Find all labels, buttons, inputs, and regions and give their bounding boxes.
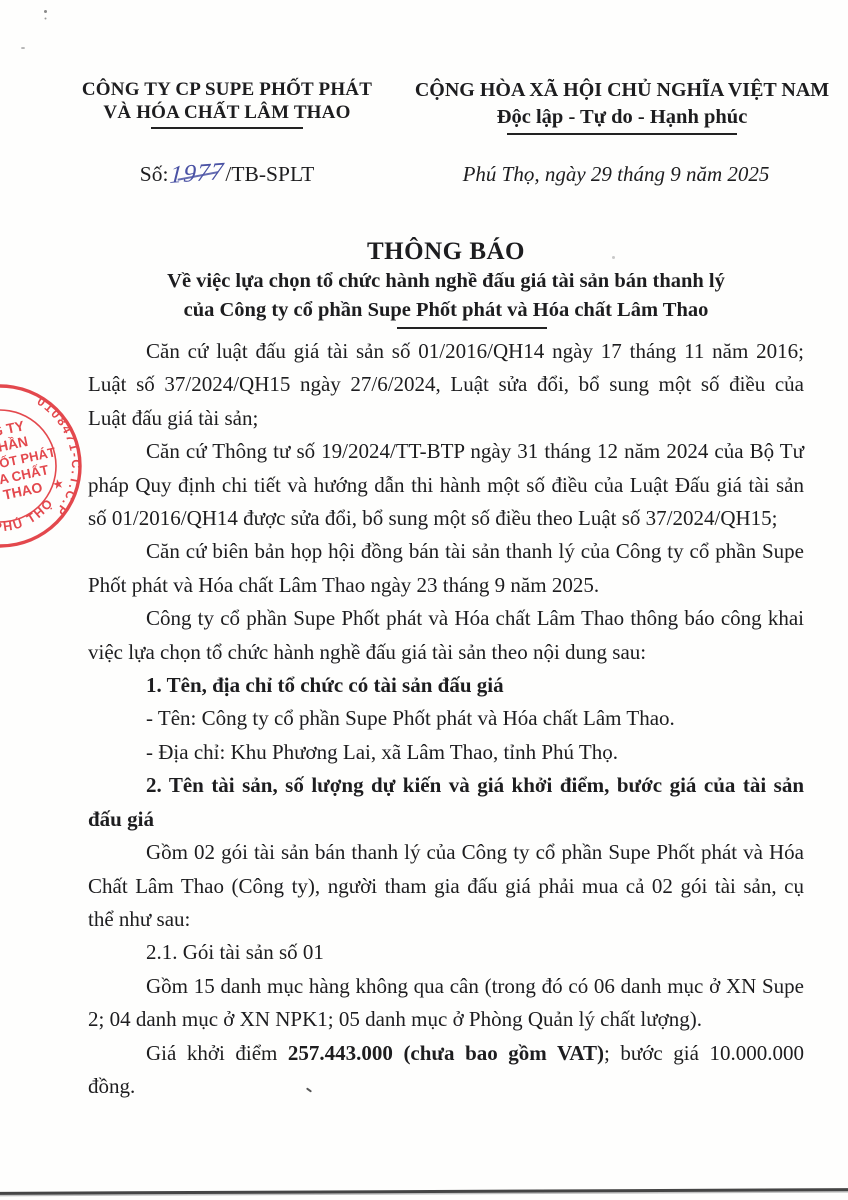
stamp-star-icon: ★	[51, 475, 66, 492]
body-line: Căn cứ Thông tư số 19/2024/TT-BTP ngày 3…	[88, 435, 804, 468]
body-line: việc lựa chọn tổ chức hành nghề đấu giá …	[88, 636, 804, 669]
doc-number: Số:1977/TB-SPLT	[62, 162, 392, 187]
doc-number-prefix: Số:	[140, 162, 169, 186]
body-line: đồng.	[88, 1070, 804, 1103]
org-block: CÔNG TY CP SUPE PHỐT PHÁT VÀ HÓA CHẤT LÂ…	[62, 78, 392, 135]
body-line: 2.1. Gói tài sản số 01	[88, 936, 804, 969]
meta-row: Số:1977/TB-SPLT Phú Thọ, ngày 29 tháng 9…	[0, 135, 848, 187]
body-line: Gồm 02 gói tài sản bán thanh lý của Công…	[88, 836, 804, 869]
title-block: THÔNG BÁO Về việc lựa chọn tổ chức hành …	[0, 187, 848, 329]
body-line: 1. Tên, địa chỉ tổ chức có tài sản đấu g…	[88, 669, 804, 702]
place-date: Phú Thọ, ngày 29 tháng 9 năm 2025	[392, 162, 840, 187]
body-line: - Địa chỉ: Khu Phương Lai, xã Lâm Thao, …	[88, 736, 804, 769]
org-name-line2: VÀ HÓA CHẤT LÂM THAO	[62, 101, 392, 124]
body-line: pháp Quy định chi tiết và hướng dẫn thi …	[88, 469, 804, 502]
body-line: Chất Lâm Thao (Công ty), người tham gia …	[88, 870, 804, 903]
org-name-line1: CÔNG TY CP SUPE PHỐT PHÁT	[62, 78, 392, 101]
letterhead: CÔNG TY CP SUPE PHỐT PHÁT VÀ HÓA CHẤT LÂ…	[0, 0, 848, 135]
body-line: Căn cứ luật đấu giá tài sản số 01/2016/Q…	[88, 335, 804, 368]
national-block: CỘNG HÒA XÃ HỘI CHỦ NGHĨA VIỆT NAM Độc l…	[404, 78, 840, 135]
body-line: Gồm 15 danh mục hàng không qua cân (tron…	[88, 970, 804, 1003]
document-page: 0108471-C.T.C.P .PHÚ THỌ ★ CÔNG TY CỔ PH…	[0, 0, 848, 1200]
scan-edge	[0, 1188, 848, 1195]
body-text: ; bước giá 10.000.000	[604, 1041, 804, 1065]
body-line: Phốt phát và Hóa chất Lâm Thao ngày 23 t…	[88, 569, 804, 602]
national-motto-line1: CỘNG HÒA XÃ HỘI CHỦ NGHĨA VIỆT NAM	[404, 78, 840, 103]
body-paragraphs: Căn cứ luật đấu giá tài sản số 01/2016/Q…	[0, 329, 848, 1103]
page-title: THÔNG BÁO	[88, 237, 804, 267]
body-line: Luật số 37/2024/QH15 ngày 27/6/2024, Luậ…	[88, 368, 804, 401]
body-text: Giá khởi điểm	[146, 1041, 288, 1065]
national-motto-line2: Độc lập - Tự do - Hạnh phúc	[404, 104, 840, 130]
body-line: - Tên: Công ty cổ phần Supe Phốt phát và…	[88, 702, 804, 735]
title-underline	[397, 327, 547, 329]
body-line: Căn cứ biên bản họp hội đồng bán tài sản…	[88, 535, 804, 568]
body-line: 2. Tên tài sản, số lượng dự kiến và giá …	[88, 769, 804, 802]
body-line: thể như sau:	[88, 903, 804, 936]
title-subtitle-line2: của Công ty cổ phần Supe Phốt phát và Hó…	[88, 296, 804, 325]
doc-number-suffix: /TB-SPLT	[225, 162, 314, 186]
body-text-bold: 257.443.000 (chưa bao gồm VAT)	[288, 1041, 604, 1065]
title-subtitle-line1: Về việc lựa chọn tổ chức hành nghề đấu g…	[88, 267, 804, 296]
scan-speck	[612, 256, 615, 259]
doc-number-handwritten: 1977	[170, 162, 226, 186]
body-line: Giá khởi điểm 257.443.000 (chưa bao gồm …	[88, 1037, 804, 1070]
org-underline	[151, 127, 303, 129]
national-underline	[507, 133, 737, 135]
company-stamp: 0108471-C.T.C.P .PHÚ THỌ ★ CÔNG TY CỔ PH…	[0, 366, 100, 566]
body-line: đấu giá	[88, 803, 804, 836]
body-line: Luật đấu giá tài sản;	[88, 402, 804, 435]
body-line: số 01/2016/QH14 được sửa đổi, bổ sung mộ…	[88, 502, 804, 535]
body-line: Công ty cổ phần Supe Phốt phát và Hóa ch…	[88, 602, 804, 635]
body-line: 2; 04 danh mục ở XN NPK1; 05 danh mục ở …	[88, 1003, 804, 1036]
scan-speck	[44, 10, 47, 13]
scan-speck	[21, 47, 25, 49]
